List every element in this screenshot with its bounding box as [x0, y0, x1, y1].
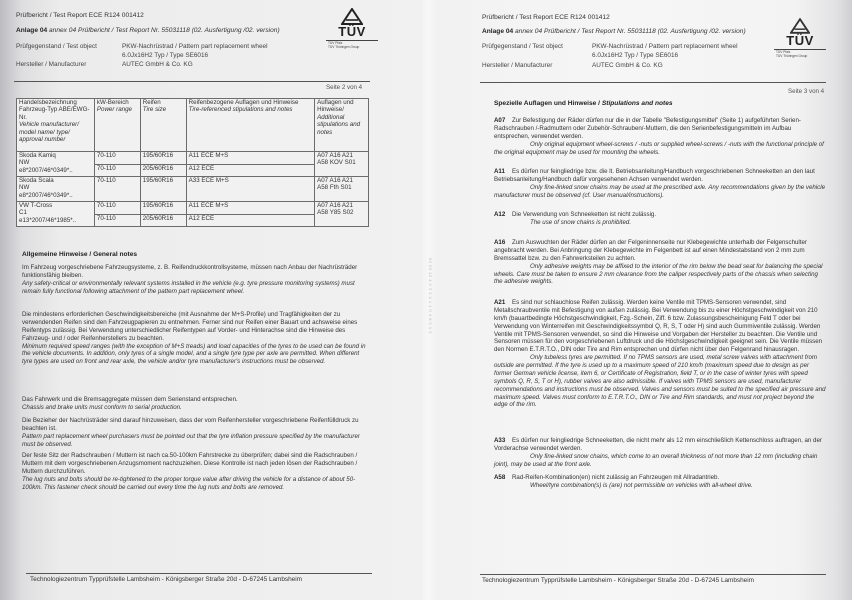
- table-row: Skoda KamiqNWe8*2007/46*0349*..70-110195…: [17, 152, 369, 165]
- additional-notes-cell: A07 A16 A21A58 KOV S01: [315, 152, 369, 177]
- tuv-word: TÜV: [770, 34, 830, 47]
- tire-cell: 195/60R16: [140, 177, 186, 202]
- table-row: Skoda ScalaNWe8*2007/46*0349*..70-110195…: [17, 177, 369, 202]
- manufacturer-label: Hersteller / Manufacturer: [16, 61, 86, 69]
- stipulations-title: Spezielle Auflagen und Hinweise / Stipul…: [494, 100, 673, 108]
- stipulation-a33: A33Es dürfen nur feingliedrige Schneeket…: [494, 437, 826, 469]
- header-rule: [480, 82, 826, 83]
- notes-cell: A11 ECE M+S: [186, 152, 314, 165]
- manufacturer-value: AUTEC GmbH & Co. KG: [592, 62, 663, 70]
- footer-address: Technologiezentrum Typprüfstelle Lambshe…: [482, 577, 754, 585]
- general-note: Der feste Sitz der Radschrauben / Mutter…: [22, 452, 368, 491]
- tire-cell: 205/60R16: [140, 164, 186, 177]
- tuv-logo: TÜV TÜV Pfalz TÜV Thüringen Group: [770, 18, 830, 58]
- notes-cell: A12 ECE: [186, 214, 314, 227]
- vehicle-table: Handelsbezeichnung Fahrzeug-Typ ABE/EWG-…: [16, 98, 369, 227]
- power-cell: 70-110: [94, 214, 140, 227]
- tire-cell: 195/60R16: [140, 202, 186, 215]
- annex-line: Anlage 04 annex 04 Prüfbericht / Test Re…: [16, 27, 280, 35]
- additional-notes-cell: A07 A16 A21A58 Y85 S02: [315, 202, 369, 227]
- vehicle-cell: Skoda ScalaNWe8*2007/46*0349*..: [17, 177, 95, 202]
- page-3: Prüfbericht / Test Report ECE R124 00141…: [436, 0, 852, 600]
- vehicle-cell: Skoda KamiqNWe8*2007/46*0349*..: [17, 152, 95, 177]
- tuv-logo: TÜV TÜV Pfalz TÜV Thüringen Group: [322, 8, 382, 49]
- stipulation-a11: A11Es dürfen nur feingliedrige bzw. die …: [494, 168, 826, 200]
- table-row: VW T-CrossC1e13*2007/46*1985*..70-110195…: [17, 202, 369, 215]
- gutter-stamp: 02 03 12 4 0 3 2 4 1 1 0 4 8 0 1 2: [427, 258, 433, 334]
- notes-cell: A12 ECE: [186, 164, 314, 177]
- stipulation-a58: A58Rad-Reifen-Kombination(en) nicht zulä…: [494, 474, 826, 490]
- header-rule: [14, 81, 370, 82]
- test-object-label: Prüfgegenstand / Test object: [482, 43, 563, 51]
- manufacturer-value: AUTEC GmbH & Co. KG: [122, 61, 193, 69]
- page-number: Seite 2 von 4: [326, 84, 362, 92]
- col-power: kW-BereichPower range: [94, 99, 140, 152]
- power-cell: 70-110: [94, 152, 140, 165]
- test-object-value-2: 6.0Jx16H2 Typ / Type SE6016: [592, 52, 678, 60]
- test-object-value-2: 6.0Jx16H2 Typ / Type SE6016: [122, 52, 208, 60]
- additional-notes-cell: A07 A16 A21A58 Fth S01: [315, 177, 369, 202]
- footer-address: Technologiezentrum Typprüfstelle Lambshe…: [30, 576, 302, 584]
- tuv-word: TÜV: [322, 25, 382, 38]
- test-object-value-1: PKW-Nachrüstrad / Pattern part replaceme…: [592, 43, 738, 51]
- col-vehicle: Handelsbezeichnung Fahrzeug-Typ ABE/EWG-…: [17, 99, 95, 152]
- stipulation-a21: A21Es sind nur schlauchlose Reifen zuläs…: [494, 299, 826, 409]
- tire-cell: 205/60R16: [140, 214, 186, 227]
- tuv-triangle-icon: [341, 8, 363, 25]
- test-object-label: Prüfgegenstand / Test object: [16, 43, 97, 51]
- general-note: Das Fahrwerk und die Bremsaggregate müss…: [22, 396, 368, 412]
- general-note: Die mindestens erforderlichen Geschwindi…: [22, 311, 368, 366]
- report-line: Prüfbericht / Test Report ECE R124 00141…: [16, 12, 144, 20]
- annex-line: Anlage 04 annex 04 Prüfbericht / Test Re…: [482, 28, 746, 36]
- general-note: Im Fahrzeug vorgeschriebene Fahrzeugsyst…: [22, 264, 368, 296]
- vehicle-cell: VW T-CrossC1e13*2007/46*1985*..: [17, 202, 95, 227]
- footer-rule: [26, 573, 372, 574]
- page-number: Seite 3 von 4: [788, 88, 824, 96]
- page-2: Prüfbericht / Test Report ECE R124 00141…: [0, 0, 420, 600]
- annex-rest: annex 04 Prüfbericht / Test Report Nr. 5…: [47, 27, 280, 34]
- notes-cell: A11 ECE M+S: [186, 202, 314, 215]
- stipulation-a16: A16Zum Auswuchten der Räder dürfen an de…: [494, 239, 826, 286]
- tire-cell: 195/60R16: [140, 152, 186, 165]
- table-header-row: Handelsbezeichnung Fahrzeug-Typ ABE/EWG-…: [17, 99, 369, 152]
- power-cell: 70-110: [94, 202, 140, 215]
- notes-cell: A33 ECE M+S: [186, 177, 314, 202]
- stipulation-a07: A07Zur Befestigung der Räder dürfen nur …: [494, 117, 826, 156]
- col-tire: ReifenTire size: [140, 99, 186, 152]
- col-additional: Auflagen und Hinweise/Additional stipula…: [315, 99, 369, 152]
- report-line: Prüfbericht / Test Report ECE R124 00141…: [482, 14, 610, 22]
- stipulation-a12: A12Die Verwendung von Schneeketten ist n…: [494, 211, 826, 227]
- col-tire-notes: Reifenbezogene Auflagen und HinweiseTire…: [186, 99, 314, 152]
- power-cell: 70-110: [94, 177, 140, 202]
- general-notes-title: Allgemeine Hinweise / General notes: [22, 251, 137, 259]
- annex-bold: Anlage 04: [482, 28, 513, 35]
- power-cell: 70-110: [94, 164, 140, 177]
- annex-rest: annex 04 Prüfbericht / Test Report Nr. 5…: [513, 28, 746, 35]
- tuv-triangle-icon: [790, 18, 810, 34]
- footer-rule: [480, 574, 826, 575]
- manufacturer-label: Hersteller / Manufacturer: [482, 62, 552, 70]
- test-object-value-1: PKW-Nachrüstrad / Pattern part replaceme…: [122, 43, 268, 51]
- annex-bold: Anlage 04: [16, 27, 47, 34]
- general-note: Die Bezieher der Nachrüsträder sind dara…: [22, 417, 368, 449]
